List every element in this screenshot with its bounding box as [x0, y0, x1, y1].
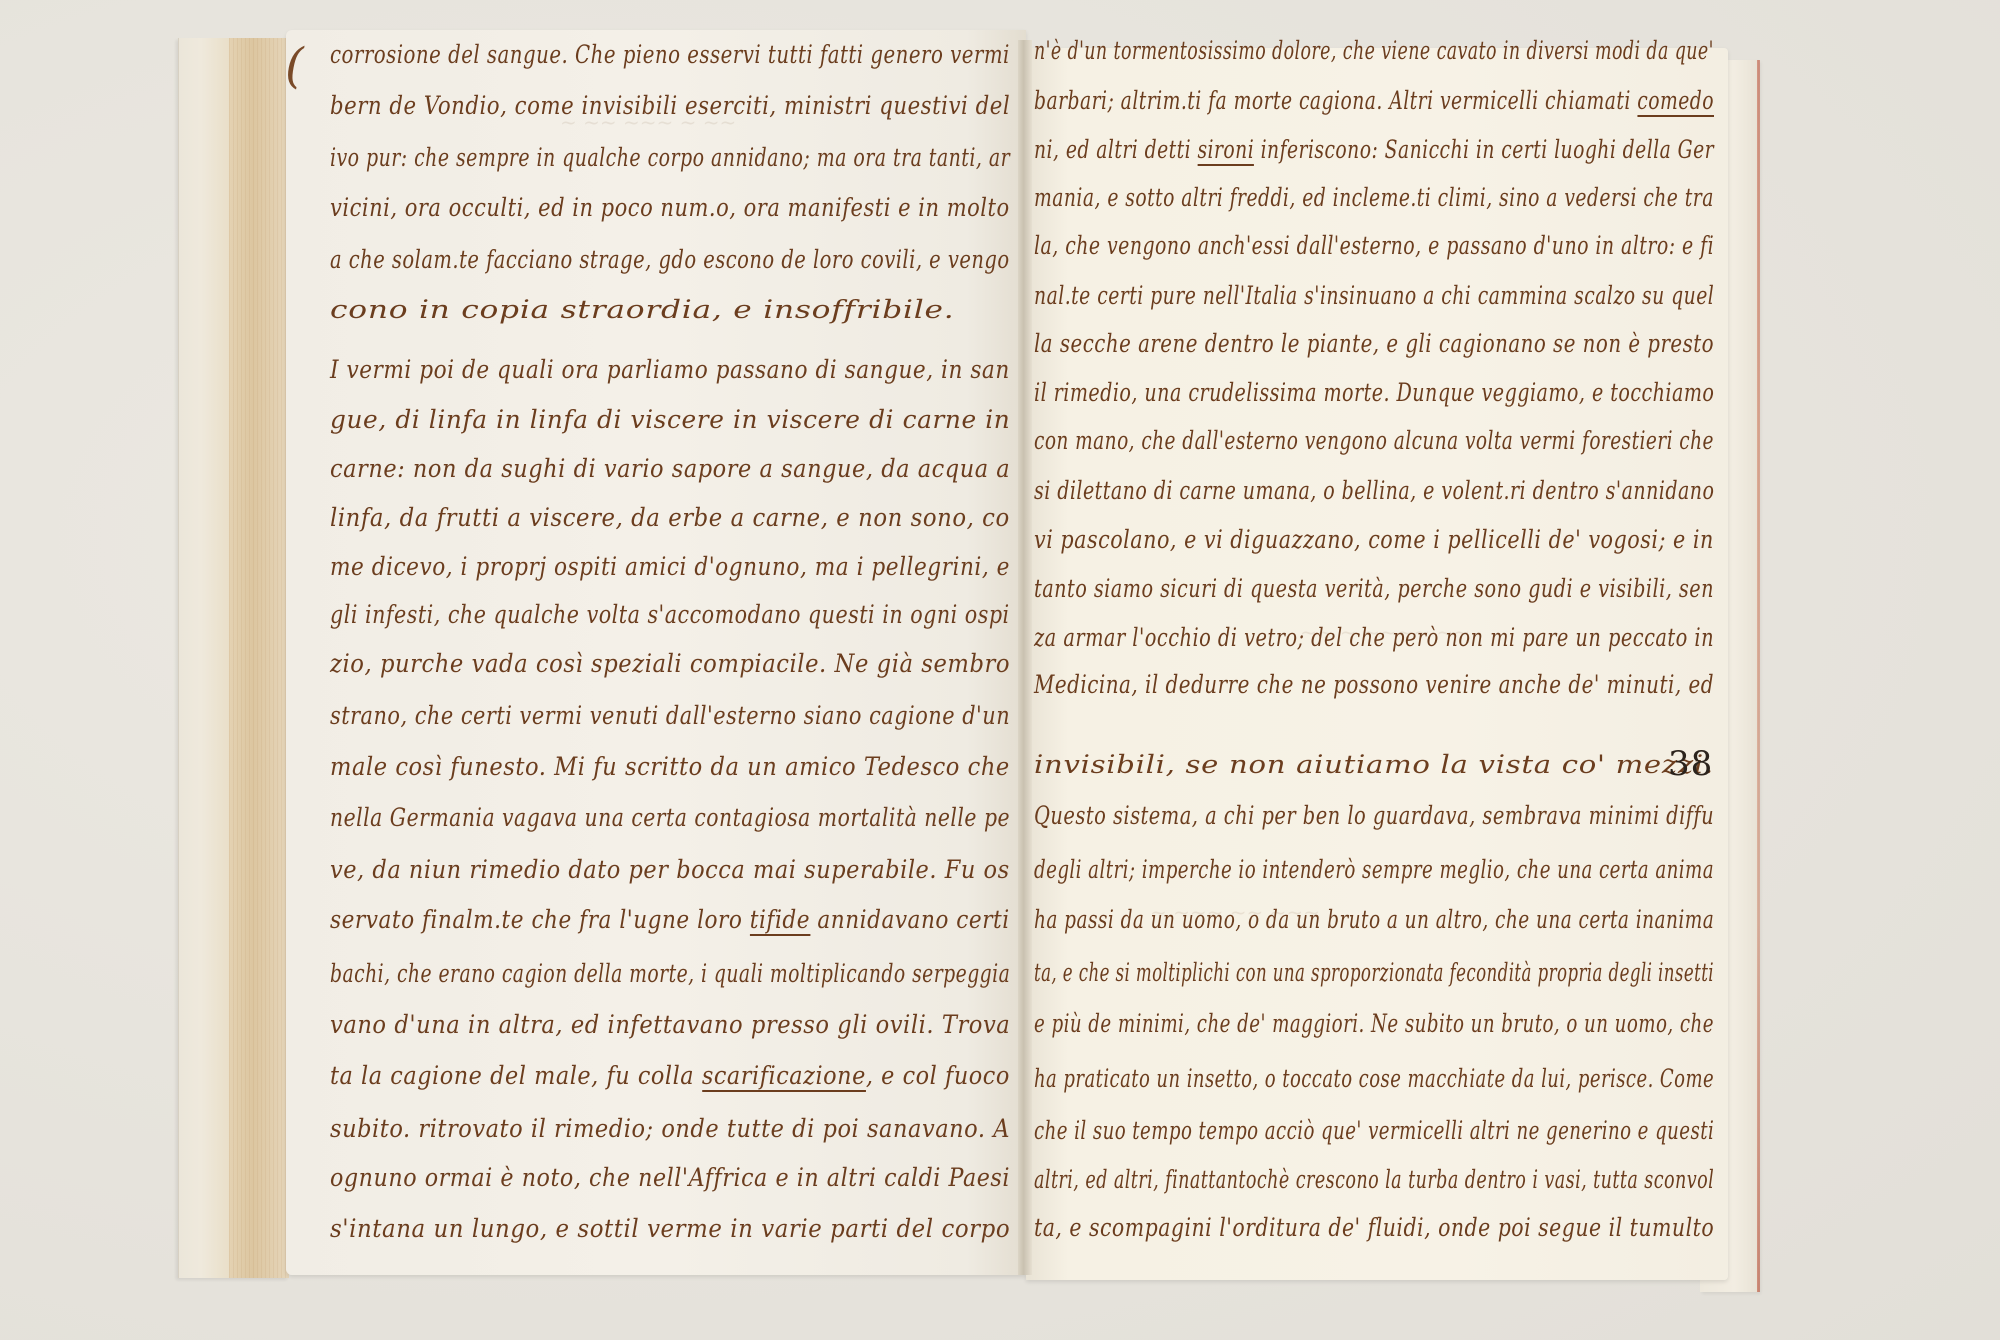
- manuscript-line: con mano, che dall'esterno vengono alcun…: [1034, 426, 1714, 455]
- manuscript-line: tanto siamo sicuri di questa verità, per…: [1034, 574, 1714, 603]
- page-number: 38: [1668, 744, 1713, 784]
- manuscript-line: strano, che certi vermi venuti dall'este…: [330, 701, 1010, 730]
- manuscript-line: cono in copia straordia, e insoffribile.: [330, 295, 954, 324]
- manuscript-line: ni, ed altri detti sironi inferiscono: S…: [1034, 135, 1714, 164]
- manuscript-line: Questo sistema, a chi per ben lo guardav…: [1034, 801, 1714, 830]
- underlined-word: comedo: [1637, 86, 1714, 117]
- manuscript-line: che il suo tempo tempo acciò que' vermic…: [1034, 1116, 1714, 1145]
- manuscript-line: bern de Vondio, come invisibili eserciti…: [330, 91, 1010, 120]
- manuscript-line: ha passi da un uomo, o da un bruto a un …: [1034, 905, 1714, 934]
- manuscript-line: servato finalm.te che fra l'ugne loro ti…: [330, 905, 1010, 934]
- manuscript-line: subito. ritrovato il rimedio; onde tutte…: [330, 1114, 1010, 1143]
- manuscript-line: bachi, che erano cagion della morte, i q…: [330, 959, 1010, 988]
- manuscript-line: n'è d'un tormentosissimo dolore, che vie…: [1034, 36, 1714, 65]
- manuscript-line: nella Germania vagava una certa contagio…: [330, 803, 1010, 832]
- manuscript-line: corrosione del sangue. Che pieno esservi…: [330, 40, 1010, 69]
- manuscript-line: I vermi poi de quali ora parliamo passan…: [330, 355, 1010, 384]
- manuscript-line: il rimedio, una crudelissima morte. Dunq…: [1034, 378, 1714, 407]
- manuscript-line: ta la cagione del male, fu colla scarifi…: [330, 1061, 1010, 1090]
- manuscript-line: invisibili, se non aiutiamo la vista co'…: [1034, 750, 1714, 779]
- manuscript-line: barbari; altrim.ti fa morte cagiona. Alt…: [1034, 86, 1714, 115]
- margin-bracket: (: [285, 38, 304, 94]
- manuscript-line: nal.te certi pure nell'Italia s'insinuan…: [1034, 281, 1714, 310]
- red-edge: [1757, 60, 1760, 1292]
- fore-edge: [229, 38, 289, 1278]
- manuscript-line: me dicevo, i proprj ospiti amici d'ognun…: [330, 552, 1010, 581]
- manuscript-line: si dilettano di carne umana, o bellina, …: [1034, 476, 1714, 505]
- manuscript-line: zio, purche vada così speziali compiacil…: [330, 649, 1010, 678]
- manuscript-line: mania, e sotto altri freddi, ed incleme.…: [1034, 183, 1714, 212]
- manuscript-line: Medicina, il dedurre che ne possono veni…: [1034, 670, 1714, 699]
- manuscript-line: ta, e che si moltiplichi con una spropor…: [1034, 958, 1714, 987]
- manuscript-line: za armar l'occhio di vetro; del che però…: [1034, 623, 1714, 652]
- manuscript-line: ta, e scompagini l'orditura de' fluidi, …: [1034, 1213, 1714, 1242]
- manuscript-line: ve, da niun rimedio dato per bocca mai s…: [330, 855, 1010, 884]
- manuscript-line: vi pascolano, e vi diguazzano, come i pe…: [1034, 525, 1714, 554]
- manuscript-line: linfa, da frutti a viscere, da erbe a ca…: [330, 503, 1010, 532]
- manuscript-line: s'intana un lungo, e sottil verme in var…: [330, 1214, 1010, 1243]
- left-leaf-stack: [178, 38, 289, 1278]
- manuscript-line: degli altri; imperche io intenderò sempr…: [1034, 855, 1714, 884]
- manuscript-line: altri, ed altri, finattantochè crescono …: [1034, 1165, 1714, 1194]
- manuscript-line: la, che vengono anch'essi dall'esterno, …: [1034, 231, 1714, 260]
- manuscript-line: ognuno ormai è noto, che nell'Affrica e …: [330, 1163, 1010, 1192]
- manuscript-line: vicini, ora occulti, ed in poco num.o, o…: [330, 193, 1010, 222]
- book-spine: [1018, 40, 1032, 1275]
- manuscript-line: male così funesto. Mi fu scritto da un a…: [330, 752, 1010, 781]
- manuscript-line: ha praticato un insetto, o toccato cose …: [1034, 1064, 1714, 1093]
- manuscript-line: la secche arene dentro le piante, e gli …: [1034, 329, 1714, 358]
- manuscript-line: vano d'una in altra, ed infettavano pres…: [330, 1010, 1010, 1039]
- underlined-word: sironi: [1197, 135, 1254, 166]
- manuscript-line: e più de minimi, che de' maggiori. Ne su…: [1034, 1009, 1714, 1038]
- underlined-word: scarificazione: [702, 1061, 866, 1092]
- manuscript-line: carne: non da sughi di vario sapore a sa…: [330, 454, 1010, 483]
- manuscript-line: gue, di linfa in linfa di viscere in vis…: [330, 405, 1010, 434]
- manuscript-scan: ~ ~~ ~~~ ~ ~~ ~~ ~ ~~~~ ~~ ~ ~~~ ~~ ~~~ …: [0, 0, 2000, 1340]
- manuscript-line: gli infesti, che qualche volta s'accomod…: [330, 600, 1010, 629]
- manuscript-line: a che solam.te facciano strage, gdo esco…: [330, 245, 1010, 274]
- underlined-word: tifide: [750, 905, 810, 936]
- manuscript-line: ivo pur: che sempre in qualche corpo ann…: [330, 143, 1010, 172]
